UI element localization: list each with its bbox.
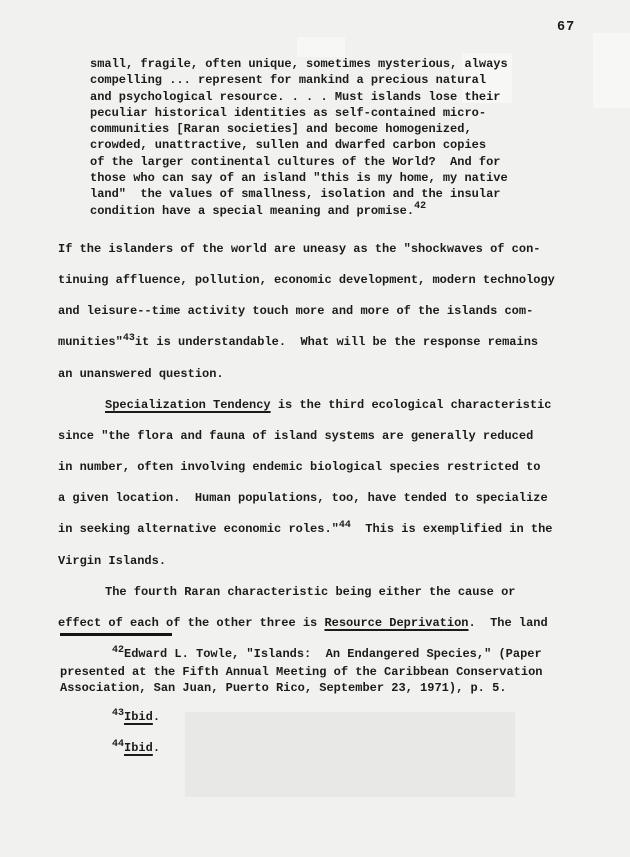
text-segment: effect of each of the other three is: [58, 616, 324, 630]
footnote: 44Ibid.: [60, 740, 605, 758]
text-segment: Virgin Islands.: [58, 554, 166, 568]
block-quote: small, fragile, often unique, sometimes …: [90, 56, 508, 221]
text-segment: . The land: [468, 616, 547, 630]
text-segment: and psychological resource. . . . Must i…: [90, 90, 500, 104]
footnote: 43Ibid.: [60, 709, 605, 727]
text-line: presented at the Fifth Annual Meeting of…: [60, 664, 605, 680]
text-segment: munities": [58, 335, 123, 349]
text-segment: peculiar historical identities as self-c…: [90, 106, 486, 120]
text-line: compelling ... represent for mankind a p…: [90, 72, 508, 88]
text-segment: it is understandable. What will be the r…: [135, 335, 538, 349]
text-line: Virgin Islands.: [58, 546, 623, 577]
superscript-number: 44: [112, 739, 124, 750]
text-line: small, fragile, often unique, sometimes …: [90, 56, 508, 72]
text-line: land" the values of smallness, isolation…: [90, 186, 508, 202]
underlined-text: Ibid: [124, 710, 153, 724]
text-line: condition have a special meaning and pro…: [90, 203, 508, 221]
text-segment: This is exemplified in the: [351, 522, 553, 536]
scanned-page: 67 small, fragile, often unique, sometim…: [0, 0, 630, 857]
body-paragraphs: If the islanders of the world are uneasy…: [58, 234, 623, 639]
scan-artifact: [297, 37, 345, 57]
underlined-text: Resource Deprivation: [324, 616, 468, 630]
text-line: The fourth Raran characteristic being ei…: [58, 577, 623, 608]
footnote-separator: [60, 633, 172, 636]
text-segment: Association, San Juan, Puerto Rico, Sept…: [60, 681, 506, 695]
text-segment: If the islanders of the world are uneasy…: [58, 242, 540, 256]
text-segment: .: [153, 710, 160, 724]
text-line: Association, San Juan, Puerto Rico, Sept…: [60, 680, 605, 696]
superscript-number: 42: [112, 645, 124, 656]
superscript-number: 44: [339, 520, 351, 531]
text-line: a given location. Human populations, too…: [58, 483, 623, 514]
text-segment: Edward L. Towle, "Islands: An Endangered…: [124, 647, 542, 661]
text-segment: an unanswered question.: [58, 367, 224, 381]
text-line: communities [Raran societies] and become…: [90, 121, 508, 137]
text-segment: of the larger continental cultures of th…: [90, 155, 500, 169]
text-segment: condition have a special meaning and pro…: [90, 204, 414, 218]
text-line: Specialization Tendency is the third eco…: [58, 390, 623, 421]
text-line: peculiar historical identities as self-c…: [90, 105, 508, 121]
page-number: 67: [557, 20, 575, 35]
footnote: 42Edward L. Towle, "Islands: An Endanger…: [60, 646, 605, 696]
text-segment: in number, often involving endemic biolo…: [58, 460, 540, 474]
text-line: in seeking alternative economic roles."4…: [58, 514, 623, 546]
text-segment: communities [Raran societies] and become…: [90, 122, 472, 136]
text-line: since "the flora and fauna of island sys…: [58, 421, 623, 452]
text-segment: The fourth Raran characteristic being ei…: [105, 585, 515, 599]
text-line: in number, often involving endemic biolo…: [58, 452, 623, 483]
text-segment: land" the values of smallness, isolation…: [90, 187, 500, 201]
text-line: 42Edward L. Towle, "Islands: An Endanger…: [60, 646, 605, 664]
text-segment: .: [153, 741, 160, 755]
text-segment: small, fragile, often unique, sometimes …: [90, 57, 508, 71]
text-segment: since "the flora and fauna of island sys…: [58, 429, 533, 443]
text-segment: and leisure--time activity touch more an…: [58, 304, 533, 318]
text-line: 43Ibid.: [60, 709, 605, 727]
scan-artifact: [593, 33, 630, 108]
text-line: If the islanders of the world are uneasy…: [58, 234, 623, 265]
text-segment: presented at the Fifth Annual Meeting of…: [60, 665, 542, 679]
superscript-number: 43: [123, 333, 135, 344]
footnotes-section: 42Edward L. Towle, "Islands: An Endanger…: [60, 646, 605, 758]
text-line: of the larger continental cultures of th…: [90, 154, 508, 170]
superscript-number: 42: [414, 201, 426, 212]
text-segment: a given location. Human populations, too…: [58, 491, 548, 505]
text-line: tinuing affluence, pollution, economic d…: [58, 265, 623, 296]
superscript-number: 43: [112, 708, 124, 719]
text-segment: those who can say of an island "this is …: [90, 171, 508, 185]
underlined-text: Specialization Tendency: [105, 398, 271, 412]
text-line: and leisure--time activity touch more an…: [58, 296, 623, 327]
text-line: crowded, unattractive, sullen and dwarfe…: [90, 137, 508, 153]
text-segment: crowded, unattractive, sullen and dwarfe…: [90, 138, 486, 152]
text-line: those who can say of an island "this is …: [90, 170, 508, 186]
text-segment: is the third ecological characteristic: [271, 398, 552, 412]
text-segment: in seeking alternative economic roles.": [58, 522, 339, 536]
text-segment: compelling ... represent for mankind a p…: [90, 73, 486, 87]
underlined-text: Ibid: [124, 741, 153, 755]
text-segment: tinuing affluence, pollution, economic d…: [58, 273, 555, 287]
text-line: an unanswered question.: [58, 359, 623, 390]
text-line: munities"43it is understandable. What wi…: [58, 327, 623, 359]
text-line: 44Ibid.: [60, 740, 605, 758]
text-line: and psychological resource. . . . Must i…: [90, 89, 508, 105]
